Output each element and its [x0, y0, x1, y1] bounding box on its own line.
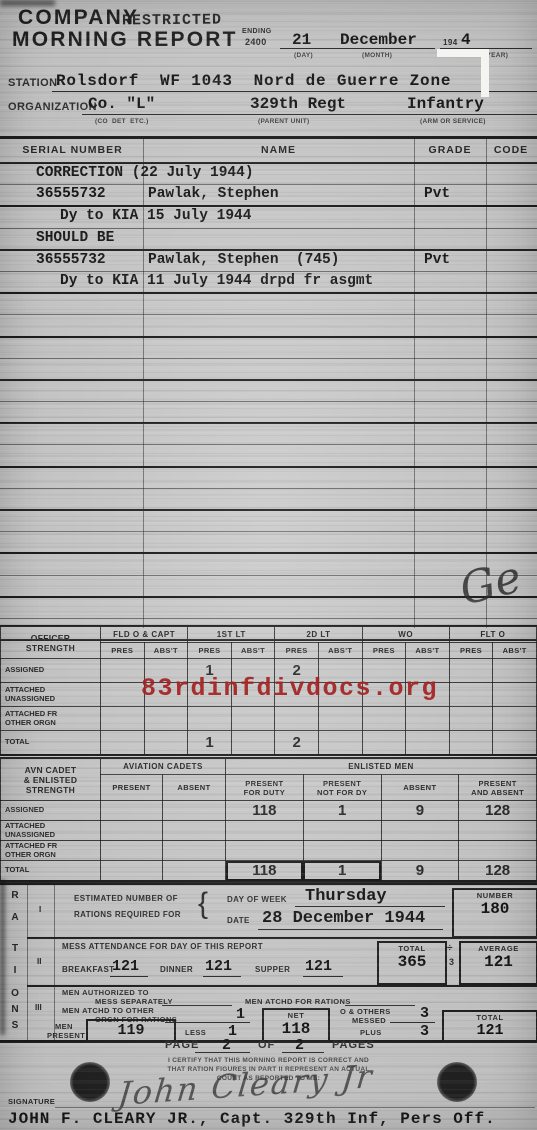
officer-strength-cell [144, 707, 188, 731]
mess-total-value: 365 [379, 953, 445, 971]
officer-strength-cell [493, 707, 537, 731]
page-label: PAGE [165, 1039, 199, 1051]
morning-report-document: COMPANY RESTRICTED MORNING REPORT ENDING… [0, 0, 537, 1130]
breakfast-value: 121 [112, 958, 139, 975]
pres-abst-header: ABS'T [493, 643, 537, 659]
mess-total-label: TOTAL [379, 944, 445, 953]
enlisted-row-label: ATTACHED UNASSIGNED [1, 821, 101, 841]
atchd-for-rations-label: MEN ATCHD FOR RATIONS [245, 997, 351, 1006]
number-value: 180 [454, 900, 536, 918]
roster-row [0, 424, 537, 445]
enlisted-strength-cell [163, 861, 226, 882]
rations-letter: S [8, 1020, 22, 1031]
roster-header-row: SERIAL NUMBER NAME GRADE CODE [0, 139, 537, 164]
officer-strength-cell [449, 707, 493, 731]
roster-row [0, 511, 537, 532]
rations-row-divider [27, 985, 537, 987]
enlisted-strength-cell: 1 [303, 801, 381, 821]
officer-strength-cell [449, 683, 493, 707]
station-label: STATION [8, 77, 57, 89]
atchd-other-value: 1 [236, 1006, 245, 1023]
roster-row [0, 532, 537, 554]
enlisted-strength-table: AVN CADET & ENLISTED STRENGTHAVIATION CA… [0, 757, 537, 882]
divisor: 3 [449, 957, 454, 967]
officer-strength-cell [101, 707, 145, 731]
rations-divider [54, 885, 55, 1040]
supper-underline [303, 976, 343, 977]
officer-strength-cell [318, 731, 362, 756]
officer-group-header: WO [362, 626, 449, 643]
roster-row [0, 402, 537, 424]
rations-total-label: TOTAL [444, 1013, 536, 1022]
pres-abst-header: ABS'T [231, 643, 275, 659]
supper-value: 121 [305, 958, 332, 975]
auth-mess-label-1: MEN AUTHORIZED TO [62, 988, 149, 997]
atchd-for-rations-underline [345, 1005, 415, 1006]
rations-number-box: NUMBER 180 [452, 888, 537, 938]
officer-strength-cell [493, 659, 537, 683]
roster-row: CORRECTION (22 July 1944) [0, 164, 537, 185]
report-date-month: December [340, 31, 417, 49]
enlisted-strength-cell [163, 821, 226, 841]
rations-estimated-label-2: RATIONS REQUIRED FOR [74, 910, 181, 919]
section-numeral-1: I [39, 905, 41, 914]
org-arm-sublabel: (ARM OR SERVICE) [420, 118, 486, 125]
enlisted-row-label: TOTAL [1, 861, 101, 882]
enlisted-stub: AVN CADET & ENLISTED STRENGTH [1, 758, 101, 801]
enlisted-strength-cell [303, 841, 381, 861]
roster-row [0, 359, 537, 381]
station-underline [52, 91, 537, 92]
enlisted-strength-cell [163, 801, 226, 821]
roster-row [0, 598, 537, 619]
date-label: DATE [227, 916, 250, 925]
punch-hole-right [437, 1062, 477, 1102]
enlisted-strength-cell [101, 841, 163, 861]
report-date-day: 21 [292, 31, 311, 49]
breakfast-underline [110, 976, 148, 977]
enlisted-column-header: PRESENT [101, 775, 163, 801]
officer-strength-cell [101, 683, 145, 707]
signature-typed: JOHN F. CLEARY JR., Capt. 329th Inf, Per… [8, 1110, 496, 1128]
net-value: 118 [264, 1020, 328, 1038]
officer-strength-cell [493, 683, 537, 707]
aviation-cadets-header: AVIATION CADETS [101, 758, 226, 775]
enlisted-strength-cell: 118 [226, 861, 304, 882]
officer-row-label: ASSIGNED [1, 659, 101, 683]
year-preprint: 194 [443, 38, 458, 47]
roster-row [0, 315, 537, 337]
roster-row [0, 445, 537, 467]
roster-cell: Pawlak, Stephen [148, 186, 279, 202]
roster-row: 36555732Pawlak, StephenPvt [0, 185, 537, 207]
roster-cell: Pawlak, Stephen (745) [148, 252, 339, 268]
enlisted-strength-cell: 9 [381, 801, 459, 821]
o-others-label-1: O & OTHERS [340, 1007, 391, 1016]
roster-cell: 36555732 [36, 252, 106, 268]
roster-header-grade: GRADE [414, 144, 486, 156]
ending-label: ENDING [242, 28, 272, 35]
of-label: OF [258, 1039, 275, 1051]
pres-abst-header: PRES [188, 643, 232, 659]
enlisted-column-header: ABSENT [163, 775, 226, 801]
roster-row [0, 381, 537, 402]
enlisted-strength-cell [101, 801, 163, 821]
rations-letter: T [8, 943, 22, 954]
ending-time: 2400 [245, 37, 267, 47]
divide-symbol: ÷ [447, 943, 453, 954]
page-underline [195, 1052, 250, 1053]
enlisted-strength-cell [459, 841, 537, 861]
report-date-year: 4 [461, 31, 471, 49]
enlisted-row-label: ASSIGNED [1, 801, 101, 821]
rations-letter: I [8, 965, 22, 976]
organization-label: ORGANIZATION [8, 101, 97, 113]
roster-header-name: NAME [143, 144, 414, 156]
enlisted-column-header: PRESENT NOT FOR DY [303, 775, 381, 801]
officer-strength-cell [362, 707, 406, 731]
signature-line [55, 1107, 535, 1108]
enlisted-column-header: ABSENT [381, 775, 459, 801]
officer-group-header: FLD O & CAPT [101, 626, 188, 643]
org-parent-sublabel: (PARENT UNIT) [258, 118, 309, 125]
enlisted-strength-cell [226, 841, 304, 861]
roster-row [0, 576, 537, 598]
section-numeral-3: III [35, 1003, 42, 1012]
roster-cell: Pvt [424, 186, 450, 202]
officer-strength-cell [449, 731, 493, 756]
roster-cell: 36555732 [36, 186, 106, 202]
org-unit-sublabel: (CO DET ETC.) [95, 118, 149, 125]
officer-strength-cell [406, 731, 450, 756]
enlisted-strength-cell [303, 821, 381, 841]
organization-unit: Co. "L" [88, 95, 155, 113]
roster-cell: Dy to KIA 11 July 1944 drpd fr asgmt [60, 273, 373, 289]
enlisted-strength-cell [101, 821, 163, 841]
less-label: LESS [185, 1028, 206, 1037]
dinner-label: DINNER [160, 965, 193, 974]
page-total-underline [282, 1052, 324, 1053]
rations-letter: O [8, 988, 22, 999]
enlisted-strength-cell [381, 821, 459, 841]
scan-artifact [0, 0, 55, 6]
month-label: (MONTH) [362, 52, 392, 59]
roster-header-serial: SERIAL NUMBER [10, 144, 135, 156]
mess-average-box: AVERAGE 121 [459, 941, 537, 985]
pres-abst-header: PRES [449, 643, 493, 659]
enlisted-strength-cell: 9 [381, 861, 459, 882]
enlisted-column-header: PRESENT FOR DUTY [226, 775, 304, 801]
enlisted-strength-cell: 128 [459, 801, 537, 821]
mess-total-box: TOTAL 365 [377, 941, 447, 985]
pres-abst-header: PRES [101, 643, 145, 659]
rations-divider [27, 885, 28, 1040]
auth-mess-underline [162, 1005, 232, 1006]
officer-row-label: TOTAL [1, 731, 101, 756]
enlisted-strength-cell [459, 821, 537, 841]
organization-underline [82, 114, 537, 115]
officer-strength-cell: 1 [188, 731, 232, 756]
pages-label: PAGES [332, 1039, 375, 1051]
restricted-stamp: RESTRICTED [122, 12, 222, 30]
enlisted-strength-cell: 1 [303, 861, 381, 882]
enlisted-strength-cell [226, 821, 304, 841]
roster-cell: Pvt [424, 252, 450, 268]
roster-row [0, 554, 537, 575]
roster-table: SERIAL NUMBER NAME GRADE CODE CORRECTION… [0, 136, 537, 628]
breakfast-label: BREAKFAST [62, 965, 115, 974]
officer-strength-cell [449, 659, 493, 683]
pres-abst-header: PRES [275, 643, 319, 659]
roster-cell: SHOULD BE [36, 230, 114, 246]
atchd-other-label-1: MEN ATCHD TO OTHER [62, 1006, 154, 1015]
footer-section: PAGE 2 OF 2 PAGES I CERTIFY THAT THIS MO… [0, 1037, 537, 1130]
officer-group-header: 1ST LT [188, 626, 275, 643]
roster-cell: CORRECTION (22 July 1944) [36, 165, 254, 181]
ration-date-underline [258, 929, 443, 930]
atchd-other-underline [165, 1022, 250, 1023]
rations-date-value: 28 December 1944 [262, 909, 425, 928]
officer-strength-cell [231, 731, 275, 756]
rations-letter: A [8, 912, 22, 923]
mess-attendance-title: MESS ATTENDANCE FOR DAY OF THIS REPORT [62, 942, 263, 951]
archive-watermark: 83rdinfdivdocs.org [141, 674, 438, 703]
number-label: NUMBER [454, 891, 536, 900]
scan-artifact [0, 880, 5, 1035]
supper-label: SUPPER [255, 965, 290, 974]
pres-abst-header: ABS'T [318, 643, 362, 659]
roster-row: SHOULD BE [0, 229, 537, 251]
officer-group-header: 2D LT [275, 626, 362, 643]
officer-strength-cell [188, 707, 232, 731]
day-of-week-label: DAY OF WEEK [227, 895, 287, 904]
officer-strength-cell [362, 731, 406, 756]
o-others-value: 3 [420, 1005, 429, 1022]
roster-row [0, 338, 537, 359]
pres-abst-header: ABS'T [406, 643, 450, 659]
rations-section: R A T I O N S I II III ESTIMATED NUMBER … [0, 882, 537, 1043]
net-label: NET [264, 1011, 328, 1020]
dow-underline [295, 906, 445, 907]
officer-strength-cell [101, 659, 145, 683]
plus-label: PLUS [360, 1028, 382, 1037]
officer-group-header: FLT O [449, 626, 536, 643]
enlisted-strength-cell: 128 [459, 861, 537, 882]
officer-strength-cell [231, 707, 275, 731]
form-title-morning-report: MORNING REPORT [12, 28, 238, 52]
roster-row [0, 468, 537, 489]
enlisted-men-header: ENLISTED MEN [226, 758, 537, 775]
average-value: 121 [461, 953, 536, 971]
day-label: (DAY) [294, 52, 313, 59]
crop-mark-vertical [481, 49, 489, 97]
rations-letter: R [8, 890, 22, 901]
roster-row: Dy to KIA 11 July 1944 drpd fr asgmt [0, 272, 537, 294]
officer-strength-cell [406, 707, 450, 731]
officer-strength-cell [275, 707, 319, 731]
enlisted-row-label: ATTACHED FR OTHER ORGN [1, 841, 101, 861]
enlisted-column-header: PRESENT AND ABSENT [459, 775, 537, 801]
enlisted-strength-cell [163, 841, 226, 861]
roster-row: Dy to KIA 15 July 1944 [0, 207, 537, 228]
officer-strength-cell [318, 707, 362, 731]
station-value: Rolsdorf WF 1043 Nord de Guerre Zone [56, 72, 451, 90]
dinner-value: 121 [205, 958, 232, 975]
officer-strength-cell [144, 731, 188, 756]
average-label: AVERAGE [461, 944, 536, 953]
officer-stub: OFFICER STRENGTH [1, 626, 101, 659]
enlisted-strength-cell [381, 841, 459, 861]
roster-cell: Dy to KIA 15 July 1944 [60, 208, 251, 224]
pres-abst-header: ABS'T [144, 643, 188, 659]
enlisted-strength-cell: 118 [226, 801, 304, 821]
officer-strength-cell [101, 731, 145, 756]
roster-header-code: CODE [486, 144, 536, 156]
officer-strength-cell: 2 [275, 731, 319, 756]
o-others-label-2: MESSED [352, 1016, 386, 1025]
officer-row-label: ATTACHED FR OTHER ORGN [1, 707, 101, 731]
roster-row [0, 489, 537, 511]
enlisted-strength-cell [101, 861, 163, 882]
roster-rows: CORRECTION (22 July 1944)36555732Pawlak,… [0, 164, 537, 641]
organization-parent-unit: 329th Regt [250, 95, 346, 113]
roster-row [0, 294, 537, 315]
men-present-label-1: MEN [55, 1022, 73, 1031]
day-of-week-value: Thursday [305, 887, 387, 906]
section-numeral-2: II [37, 957, 41, 966]
dinner-underline [203, 976, 241, 977]
officer-strength-cell [493, 731, 537, 756]
rations-letter: N [8, 1004, 22, 1015]
punch-hole-left [70, 1062, 110, 1102]
brace-glyph: { [198, 887, 208, 921]
roster-row: 36555732Pawlak, Stephen (745)Pvt [0, 251, 537, 272]
officer-row-label: ATTACHED UNASSIGNED [1, 683, 101, 707]
rations-estimated-label-1: ESTIMATED NUMBER OF [74, 894, 178, 903]
date-underline [280, 48, 435, 49]
pres-abst-header: PRES [362, 643, 406, 659]
signature-label: SIGNATURE [8, 1097, 55, 1106]
organization-arm: Infantry [407, 95, 484, 113]
